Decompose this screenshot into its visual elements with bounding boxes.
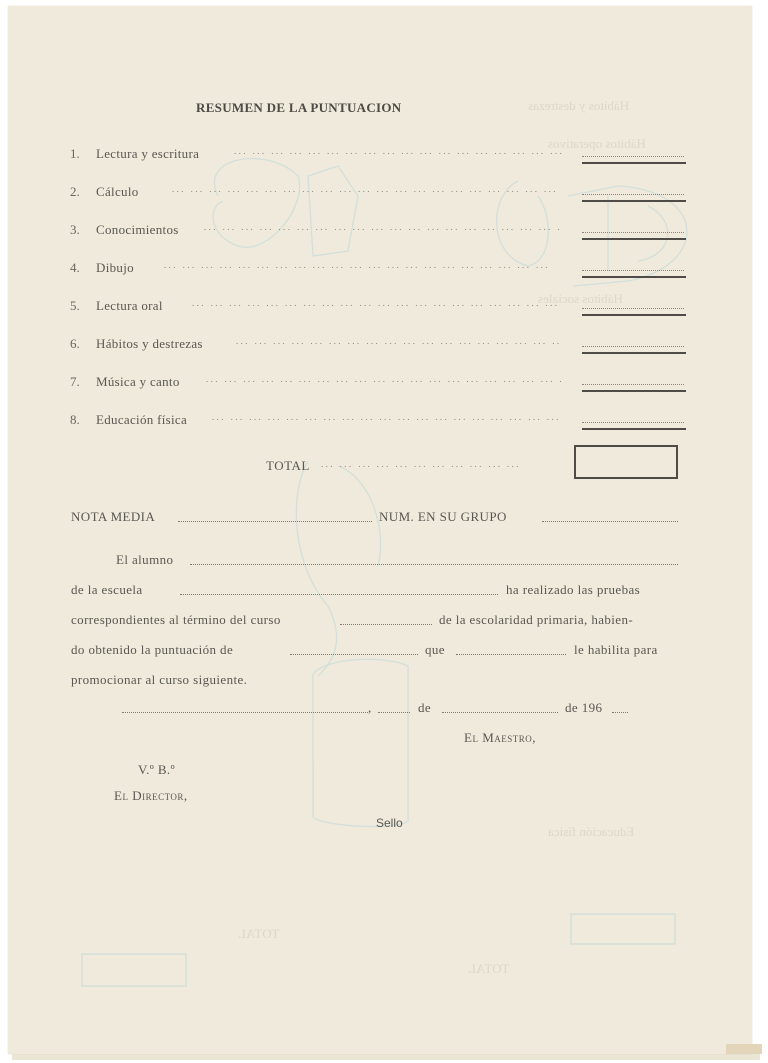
score-field-lectura-oral[interactable] — [582, 308, 684, 309]
leader-dots: ... ... ... ... ... ... ... ... ... ... … — [212, 412, 562, 422]
pruebas-text: ha realizado las pruebas — [506, 582, 640, 598]
escolaridad-text: de la escolaridad primaria, habien- — [439, 612, 633, 628]
month-field[interactable] — [442, 712, 558, 713]
item-label: Educación física — [96, 412, 187, 428]
leader-dots: ... ... ... ... ... ... ... ... ... ... … — [192, 298, 562, 308]
score-field-calculo[interactable] — [582, 194, 684, 195]
score-item-row: 5. Lectura oral ... ... ... ... ... ... … — [70, 298, 690, 318]
score-item-row: 6. Hábitos y destrezas ... ... ... ... .… — [70, 336, 690, 356]
item-number: 1. — [70, 146, 90, 162]
item-number: 7. — [70, 374, 90, 390]
item-label: Dibujo — [96, 260, 134, 276]
score-field-educacion-fisica[interactable] — [582, 422, 684, 423]
score-field-musica-canto[interactable] — [582, 384, 684, 385]
date-comma: , — [368, 700, 372, 716]
item-number: 5. — [70, 298, 90, 314]
score-underline — [582, 428, 686, 430]
date-de-1: de — [418, 700, 431, 716]
leader-dots: ... ... ... ... ... ... ... ... ... ... … — [164, 260, 562, 270]
score-item-row: 7. Música y canto ... ... ... ... ... ..… — [70, 374, 690, 394]
score-item-row: 2. Cálculo ... ... ... ... ... ... ... .… — [70, 184, 690, 204]
score-underline — [582, 314, 686, 316]
document-page: Hábitos y destrezas Hábitos operativos H… — [8, 6, 752, 1054]
alumno-label: El alumno — [116, 552, 173, 568]
num-grupo-label: NUM. EN SU GRUPO — [379, 509, 507, 525]
director-signature-label: El Director, — [114, 788, 188, 804]
score-item-row: 3. Conocimientos ... ... ... ... ... ...… — [70, 222, 690, 242]
score-item-row: 1. Lectura y escritura ... ... ... ... .… — [70, 146, 690, 166]
leader-dots: ... ... ... ... ... ... ... ... ... ... … — [234, 146, 562, 156]
item-label: Música y canto — [96, 374, 180, 390]
score-underline — [582, 390, 686, 392]
item-number: 6. — [70, 336, 90, 352]
visto-bueno-label: V.º B.º — [138, 762, 175, 778]
puntuacion-field[interactable] — [290, 654, 418, 655]
item-label: Lectura oral — [96, 298, 163, 314]
score-item-row: 8. Educación física ... ... ... ... ... … — [70, 412, 690, 432]
leader-dots: ... ... ... ... ... ... ... ... ... ... … — [321, 459, 521, 469]
score-field-dibujo[interactable] — [582, 270, 684, 271]
item-number: 3. — [70, 222, 90, 238]
item-number: 4. — [70, 260, 90, 276]
nota-media-field[interactable] — [178, 521, 372, 522]
curso-label: correspondientes al término del curso — [71, 612, 281, 628]
que-text: que — [425, 642, 445, 658]
calificacion-field[interactable] — [456, 654, 566, 655]
form-title: RESUMEN DE LA PUNTUACION — [196, 100, 401, 116]
total-label: TOTAL — [266, 458, 310, 474]
year-digit-field[interactable] — [612, 712, 628, 713]
leader-dots: ... ... ... ... ... ... ... ... ... ... … — [204, 222, 562, 232]
item-number: 2. — [70, 184, 90, 200]
score-field-conocimientos[interactable] — [582, 232, 684, 233]
day-field[interactable] — [378, 712, 410, 713]
item-label: Hábitos y destrezas — [96, 336, 203, 352]
score-underline — [582, 352, 686, 354]
score-item-row: 4. Dibujo ... ... ... ... ... ... ... ..… — [70, 260, 690, 280]
paper-corner-tab — [726, 1044, 762, 1054]
num-grupo-field[interactable] — [542, 521, 678, 522]
maestro-signature-label: El Maestro, — [464, 730, 536, 746]
item-label: Lectura y escritura — [96, 146, 199, 162]
score-field-habitos-destrezas[interactable] — [582, 346, 684, 347]
date-de-year: de 196 — [565, 700, 602, 716]
place-field[interactable] — [122, 712, 368, 713]
item-label: Cálculo — [96, 184, 139, 200]
item-number: 8. — [70, 412, 90, 428]
curso-field[interactable] — [340, 624, 432, 625]
habilita-text: le habilita para — [574, 642, 658, 658]
score-field-lectura-escritura[interactable] — [582, 156, 684, 157]
promocionar-text: promocionar al curso siguiente. — [71, 672, 247, 688]
score-underline — [582, 162, 686, 164]
score-underline — [582, 276, 686, 278]
puntuacion-label: do obtenido la puntuación de — [71, 642, 233, 658]
leader-dots: ... ... ... ... ... ... ... ... ... ... … — [206, 374, 562, 384]
sello-label: Sello — [376, 816, 403, 830]
alumno-field[interactable] — [190, 564, 678, 565]
leader-dots: ... ... ... ... ... ... ... ... ... ... … — [236, 336, 562, 346]
nota-media-label: NOTA MEDIA — [71, 509, 155, 525]
escuela-label: de la escuela — [71, 582, 143, 598]
escuela-field[interactable] — [180, 594, 498, 595]
leader-dots: ... ... ... ... ... ... ... ... ... ... … — [172, 184, 562, 194]
score-underline — [582, 200, 686, 202]
item-label: Conocimientos — [96, 222, 179, 238]
total-box[interactable] — [574, 445, 678, 479]
score-underline — [582, 238, 686, 240]
